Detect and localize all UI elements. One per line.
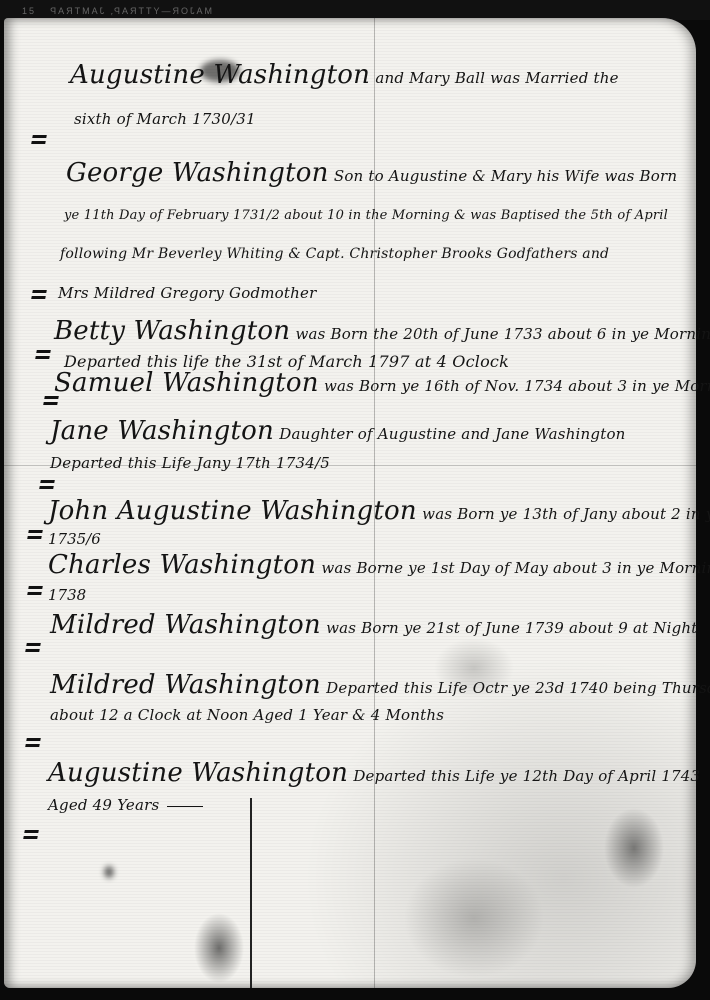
margin-mark xyxy=(27,530,43,539)
entry-betty: Betty Washington was Born the 20th of Ju… xyxy=(54,316,710,346)
entry-augustine-death: Augustine Washington Departed this Life … xyxy=(48,758,700,788)
entry-name: George Washington xyxy=(66,158,329,188)
entry-name: Mildred Washington xyxy=(50,610,321,640)
entry-line: ye 11th Day of February 1731/2 about 10 … xyxy=(64,208,668,223)
entry-text: was Borne ye 1st Day of May about 3 in y… xyxy=(321,559,710,577)
margin-mark xyxy=(31,290,47,299)
tear-line xyxy=(250,798,252,988)
entry-name: Augustine Washington xyxy=(48,758,348,788)
margin-mark xyxy=(25,738,41,747)
entry-text: Son to Augustine & Mary his Wife was Bor… xyxy=(334,167,677,185)
margin-mark xyxy=(31,135,47,144)
entry-text: was Born ye 16th of Nov. 1734 about 3 in… xyxy=(324,377,710,395)
entry-name: Charles Washington xyxy=(48,550,316,580)
margin-mark xyxy=(39,480,55,489)
margin-mark xyxy=(35,350,51,359)
entry-line: Mrs Mildred Gregory Godmother xyxy=(58,284,316,302)
margin-mark xyxy=(25,643,41,652)
ink-stain xyxy=(104,866,114,878)
entry-line-text: Aged 49 Years xyxy=(48,796,159,814)
closing-dash xyxy=(167,806,203,807)
entry-name: Augustine Washington xyxy=(70,60,370,90)
entry-samuel: Samuel Washington was Born ye 16th of No… xyxy=(54,368,710,398)
margin-mark xyxy=(27,586,43,595)
scan-header-strip: 15 MAJOR—YTTRAP, JAMTRAP xyxy=(0,0,710,20)
entry-john-augustine: John Augustine Washington was Born ye 13… xyxy=(48,496,710,526)
entry-name: Samuel Washington xyxy=(54,368,319,398)
entry-line: Departed this Life Jany 17th 1734/5 xyxy=(50,454,330,472)
entry-text: Daughter of Augustine and Jane Washingto… xyxy=(279,425,625,443)
entry-text: Departed this Life ye 12th Day of April … xyxy=(353,767,700,785)
page-number: 15 xyxy=(22,6,36,16)
entry-text: Departed this Life Octr ye 23d 1740 bein… xyxy=(326,679,710,697)
entry-name: Mildred Washington xyxy=(50,670,321,700)
entry-text: was Born ye 21st of June 1739 about 9 at… xyxy=(326,619,697,637)
margin-mark xyxy=(23,830,39,839)
entry-text: was Born the 20th of June 1733 about 6 i… xyxy=(295,325,710,343)
entry-name: Jane Washington xyxy=(50,416,274,446)
entry-name: Betty Washington xyxy=(54,316,290,346)
entry-line: sixth of March 1730/31 xyxy=(74,110,256,128)
entry-charles: Charles Washington was Borne ye 1st Day … xyxy=(48,550,710,580)
year-note: 1738 xyxy=(48,586,86,604)
entry-jane: Jane Washington Daughter of Augustine an… xyxy=(50,416,626,446)
entry-text: and Mary Ball was Married the xyxy=(375,69,618,87)
entry-line: about 12 a Clock at Noon Aged 1 Year & 4… xyxy=(50,706,444,724)
entry-mildred-death: Mildred Washington Departed this Life Oc… xyxy=(50,670,710,700)
mirrored-header-text: MAJOR—YTTRAP, JAMTRAP xyxy=(48,6,212,16)
manuscript-page: Augustine Washington and Mary Ball was M… xyxy=(4,18,696,988)
entry-george: George Washington Son to Augustine & Mar… xyxy=(66,158,677,188)
entry-name: John Augustine Washington xyxy=(48,496,417,526)
entry-line: following Mr Beverley Whiting & Capt. Ch… xyxy=(60,246,609,262)
entry-line: Aged 49 Years xyxy=(48,796,203,814)
entry-marriage: Augustine Washington and Mary Ball was M… xyxy=(70,60,619,90)
entry-text: was Born ye 13th of Jany about 2 in ye M… xyxy=(422,505,710,523)
year-note: 1735/6 xyxy=(48,530,101,548)
entry-mildred-birth: Mildred Washington was Born ye 21st of J… xyxy=(50,610,698,640)
